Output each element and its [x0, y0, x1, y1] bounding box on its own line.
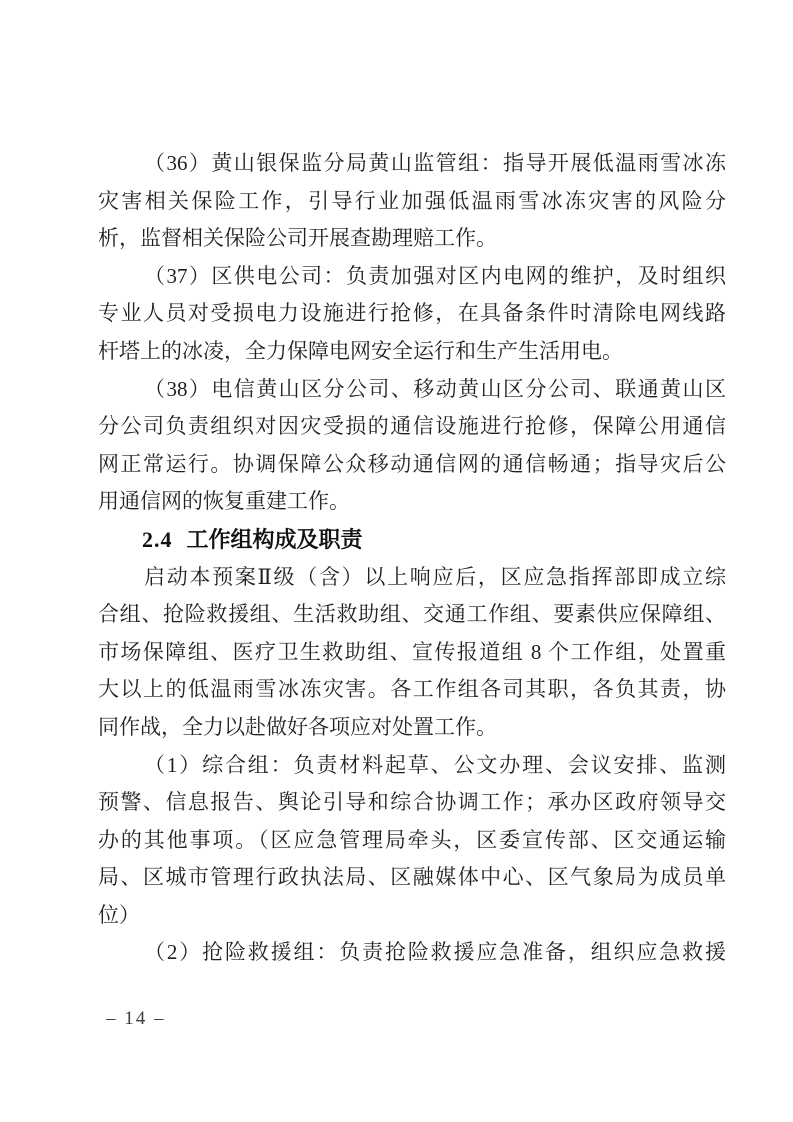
paragraph-line: 局、区城市管理行政执法局、区融媒体中心、区气象局为成员单	[98, 859, 726, 897]
document-page: （36）黄山银保监分局黄山监管组：指导开展低温雨雪冰冻灾害相关保险工作，引导行业…	[0, 0, 793, 1122]
paragraph-line: 析，监督相关保险公司开展查勘理赔工作。	[98, 220, 726, 258]
section-number: 2.4	[142, 527, 173, 552]
paragraph-line: （37）区供电公司：负责加强对区内电网的维护，及时组织	[98, 258, 726, 296]
paragraph-line: 市场保障组、医疗卫生救助组、宣传报道组 8 个工作组，处置重	[98, 634, 726, 672]
paragraph-line: （1）综合组：负责材料起草、公文办理、会议安排、监测	[98, 747, 726, 785]
section-title: 工作组构成及职责	[187, 527, 363, 552]
page-number: – 14 –	[106, 1007, 166, 1031]
paragraph-line: 用通信网的恢复重建工作。	[98, 483, 726, 521]
paragraph-line: 专业人员对受损电力设施进行抢修，在具备条件时清除电网线路	[98, 295, 726, 333]
paragraph-line: 大以上的低温雨雪冰冻灾害。各工作组各司其职，各负其责，协	[98, 671, 726, 709]
paragraph-line: 合组、抢险救援组、生活救助组、交通工作组、要素供应保障组、	[98, 596, 726, 634]
paragraph-line: 杆塔上的冰凌，全力保障电网安全运行和生产生活用电。	[98, 333, 726, 371]
section-heading: 2.4工作组构成及职责	[98, 521, 726, 559]
paragraph-line: （38）电信黄山区分公司、移动黄山区分公司、联通黄山区	[98, 371, 726, 409]
paragraph-line: （2）抢险救援组：负责抢险救援应急准备，组织应急救援	[98, 934, 726, 972]
paragraph-line: 同作战，全力以赴做好各项应对处置工作。	[98, 709, 726, 747]
paragraph-line: 办的其他事项。（区应急管理局牵头，区委宣传部、区交通运输	[98, 822, 726, 860]
paragraph-line: 预警、信息报告、舆论引导和综合协调工作；承办区政府领导交	[98, 784, 726, 822]
paragraph-line: 位）	[98, 897, 726, 935]
document-body: （36）黄山银保监分局黄山监管组：指导开展低温雨雪冰冻灾害相关保险工作，引导行业…	[98, 145, 726, 972]
paragraph-line: （36）黄山银保监分局黄山监管组：指导开展低温雨雪冰冻	[98, 145, 726, 183]
paragraph-line: 灾害相关保险工作，引导行业加强低温雨雪冰冻灾害的风险分	[98, 183, 726, 221]
paragraph-line: 启动本预案Ⅱ级（含）以上响应后，区应急指挥部即成立综	[98, 559, 726, 597]
paragraph-line: 分公司负责组织对因灾受损的通信设施进行抢修，保障公用通信	[98, 408, 726, 446]
paragraph-line: 网正常运行。协调保障公众移动通信网的通信畅通；指导灾后公	[98, 446, 726, 484]
